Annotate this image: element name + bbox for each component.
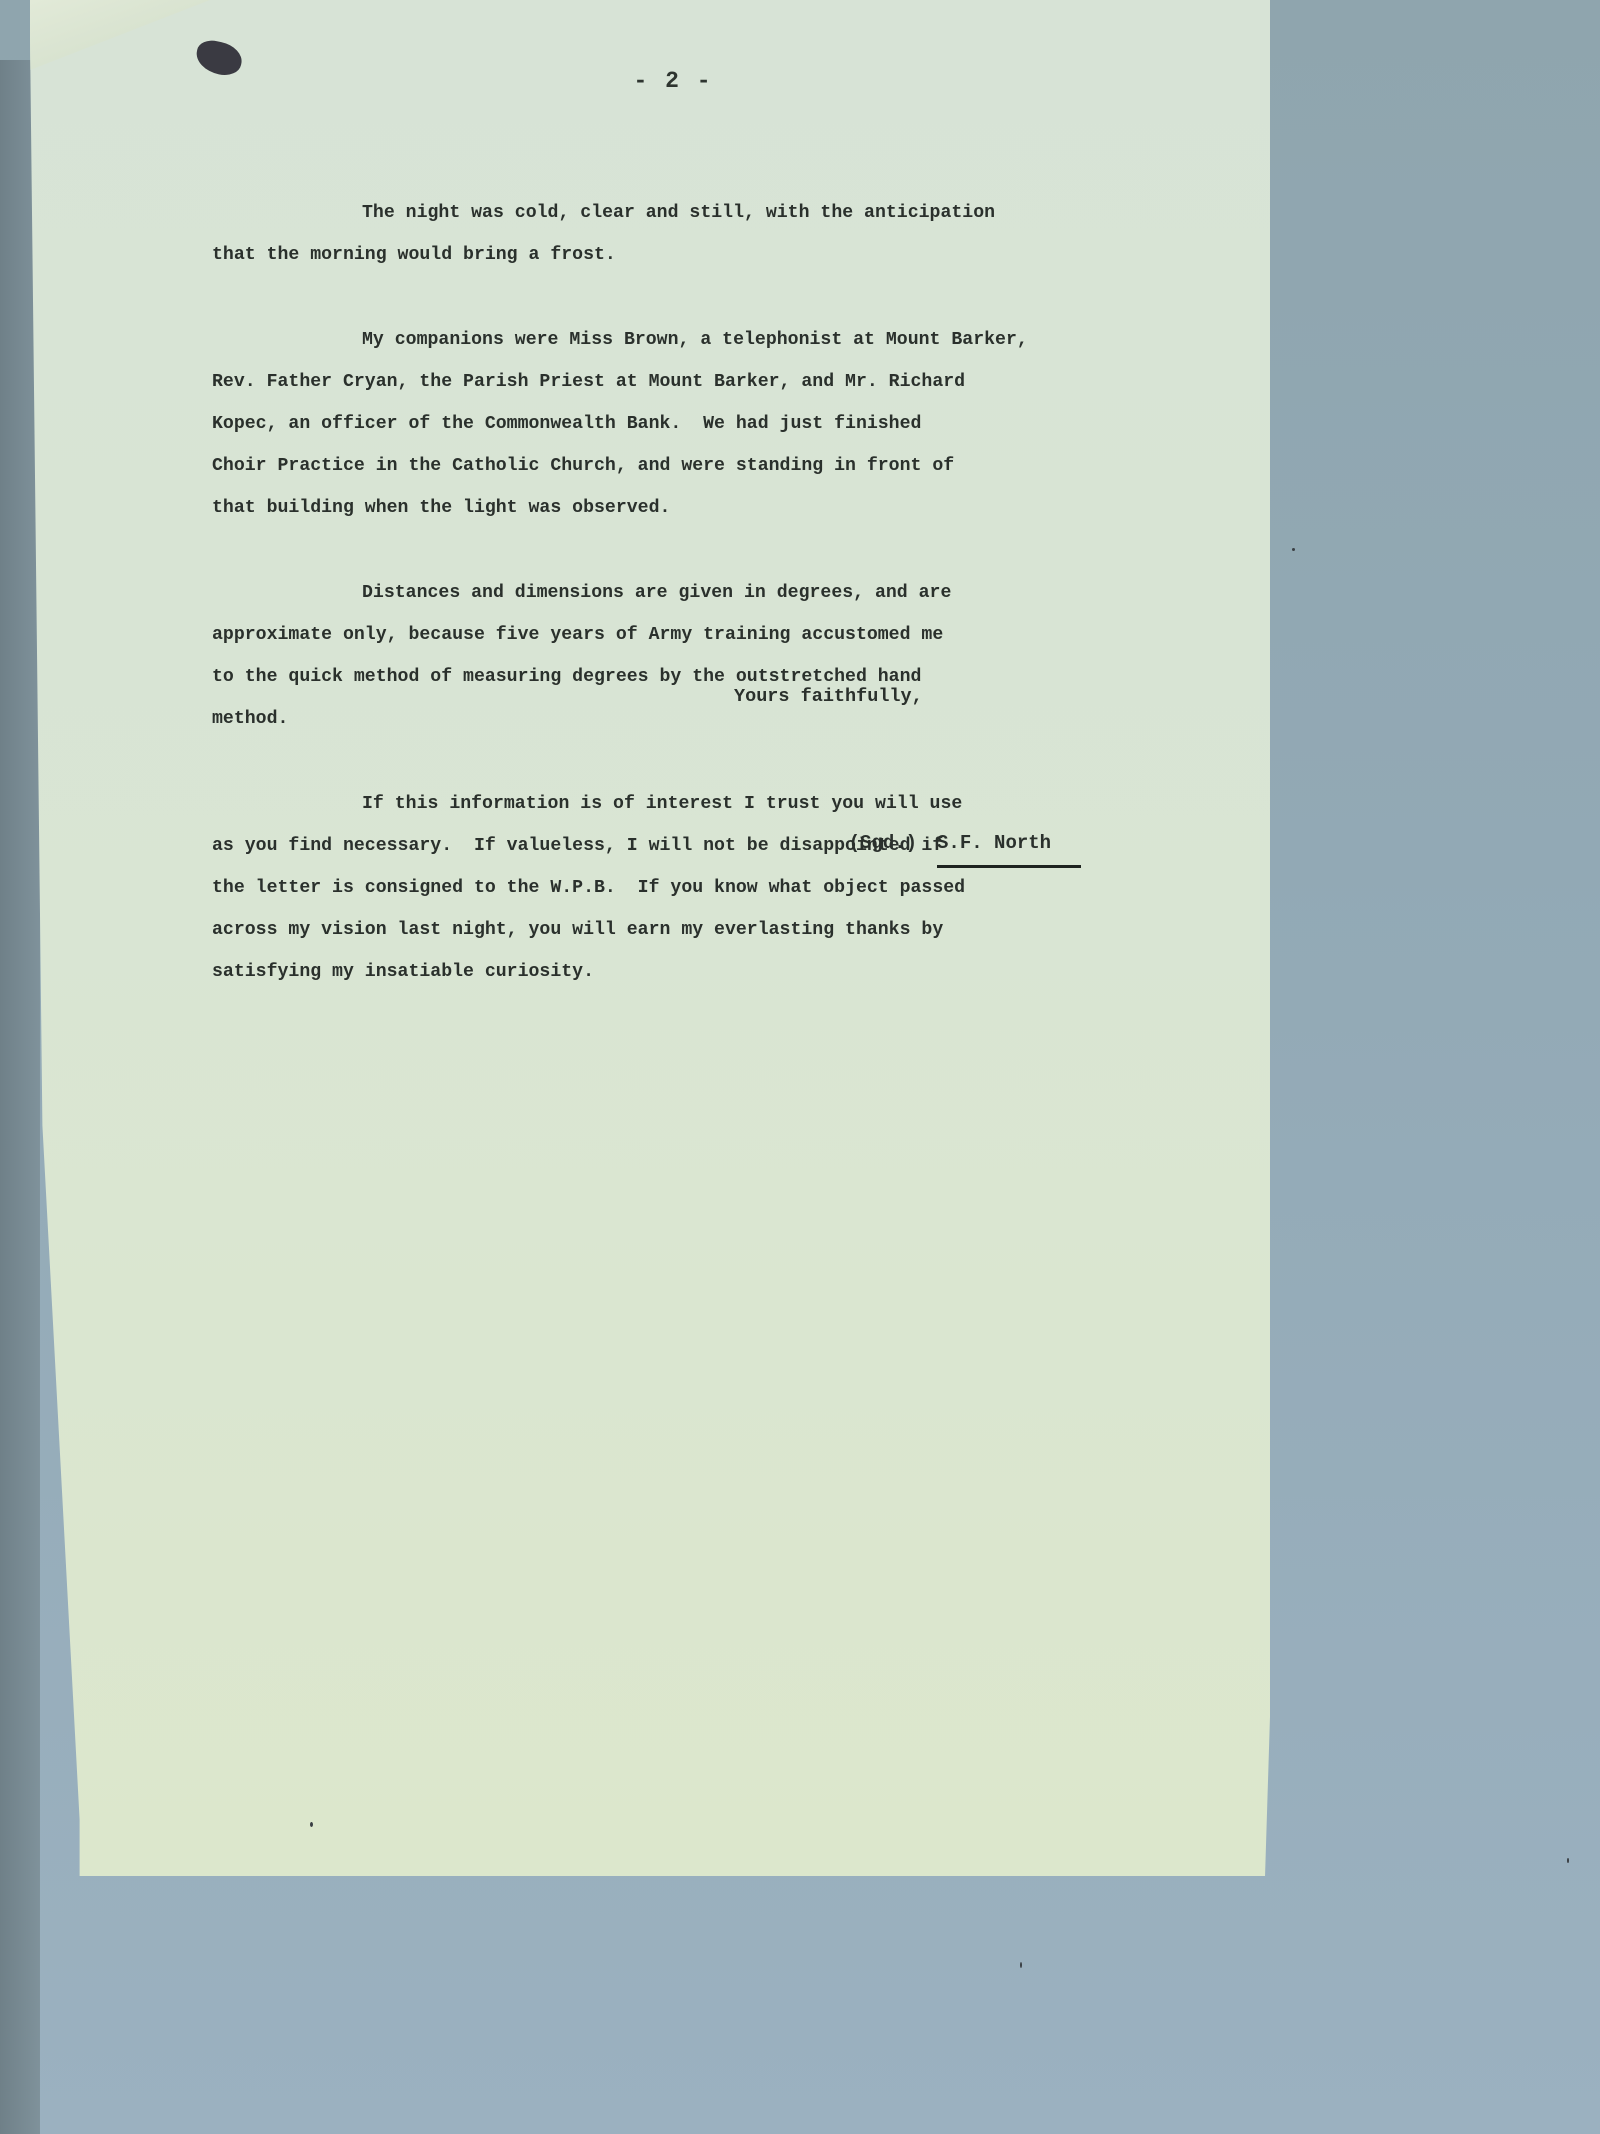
background-speck [1567, 1858, 1569, 1863]
text-line: Choir Practice in the Catholic Church, a… [212, 456, 1152, 477]
text-line: Distances and dimensions are given in de… [212, 583, 1152, 604]
letter-body: The night was cold, clear and still, wit… [212, 182, 1152, 1026]
signature-name-text: S.F. North [937, 832, 1051, 854]
letter-page: - 2 - The night was cold, clear and stil… [30, 0, 1270, 1876]
text-line: the letter is consigned to the W.P.B. If… [212, 878, 1152, 899]
signature-underline [937, 865, 1081, 868]
text-line: that the morning would bring a frost. [212, 245, 1152, 266]
text-line: method. [212, 709, 1152, 730]
signature-name: S.F. North [937, 832, 1051, 854]
text-line: My companions were Miss Brown, a telepho… [212, 330, 1152, 351]
paragraph: My companions were Miss Brown, a telepho… [212, 309, 1152, 540]
text-line: to the quick method of measuring degrees… [212, 667, 1152, 688]
closing-salutation: Yours faithfully, [734, 686, 923, 707]
paper-speck [310, 1822, 313, 1827]
text-line: across my vision last night, you will ea… [212, 920, 1152, 941]
signature-block: (Sgd.)S.F. North [803, 810, 1051, 876]
paragraph: Distances and dimensions are given in de… [212, 562, 1152, 751]
folded-corner [30, 0, 210, 70]
text-line: that building when the light was observe… [212, 498, 1152, 519]
text-line: Kopec, an officer of the Commonwealth Ba… [212, 414, 1152, 435]
text-line: approximate only, because five years of … [212, 625, 1152, 646]
background-speck [1292, 548, 1295, 551]
text-line: The night was cold, clear and still, wit… [212, 203, 1152, 224]
paragraph: If this information is of interest I tru… [212, 773, 1152, 1004]
text-line: Rev. Father Cryan, the Parish Priest at … [212, 372, 1152, 393]
page-number: - 2 - [30, 68, 1270, 94]
background-speck [1020, 1962, 1022, 1968]
text-line: satisfying my insatiable curiosity. [212, 962, 1152, 983]
signature-prefix: (Sgd.) [849, 832, 917, 854]
paragraph: The night was cold, clear and still, wit… [212, 182, 1152, 287]
